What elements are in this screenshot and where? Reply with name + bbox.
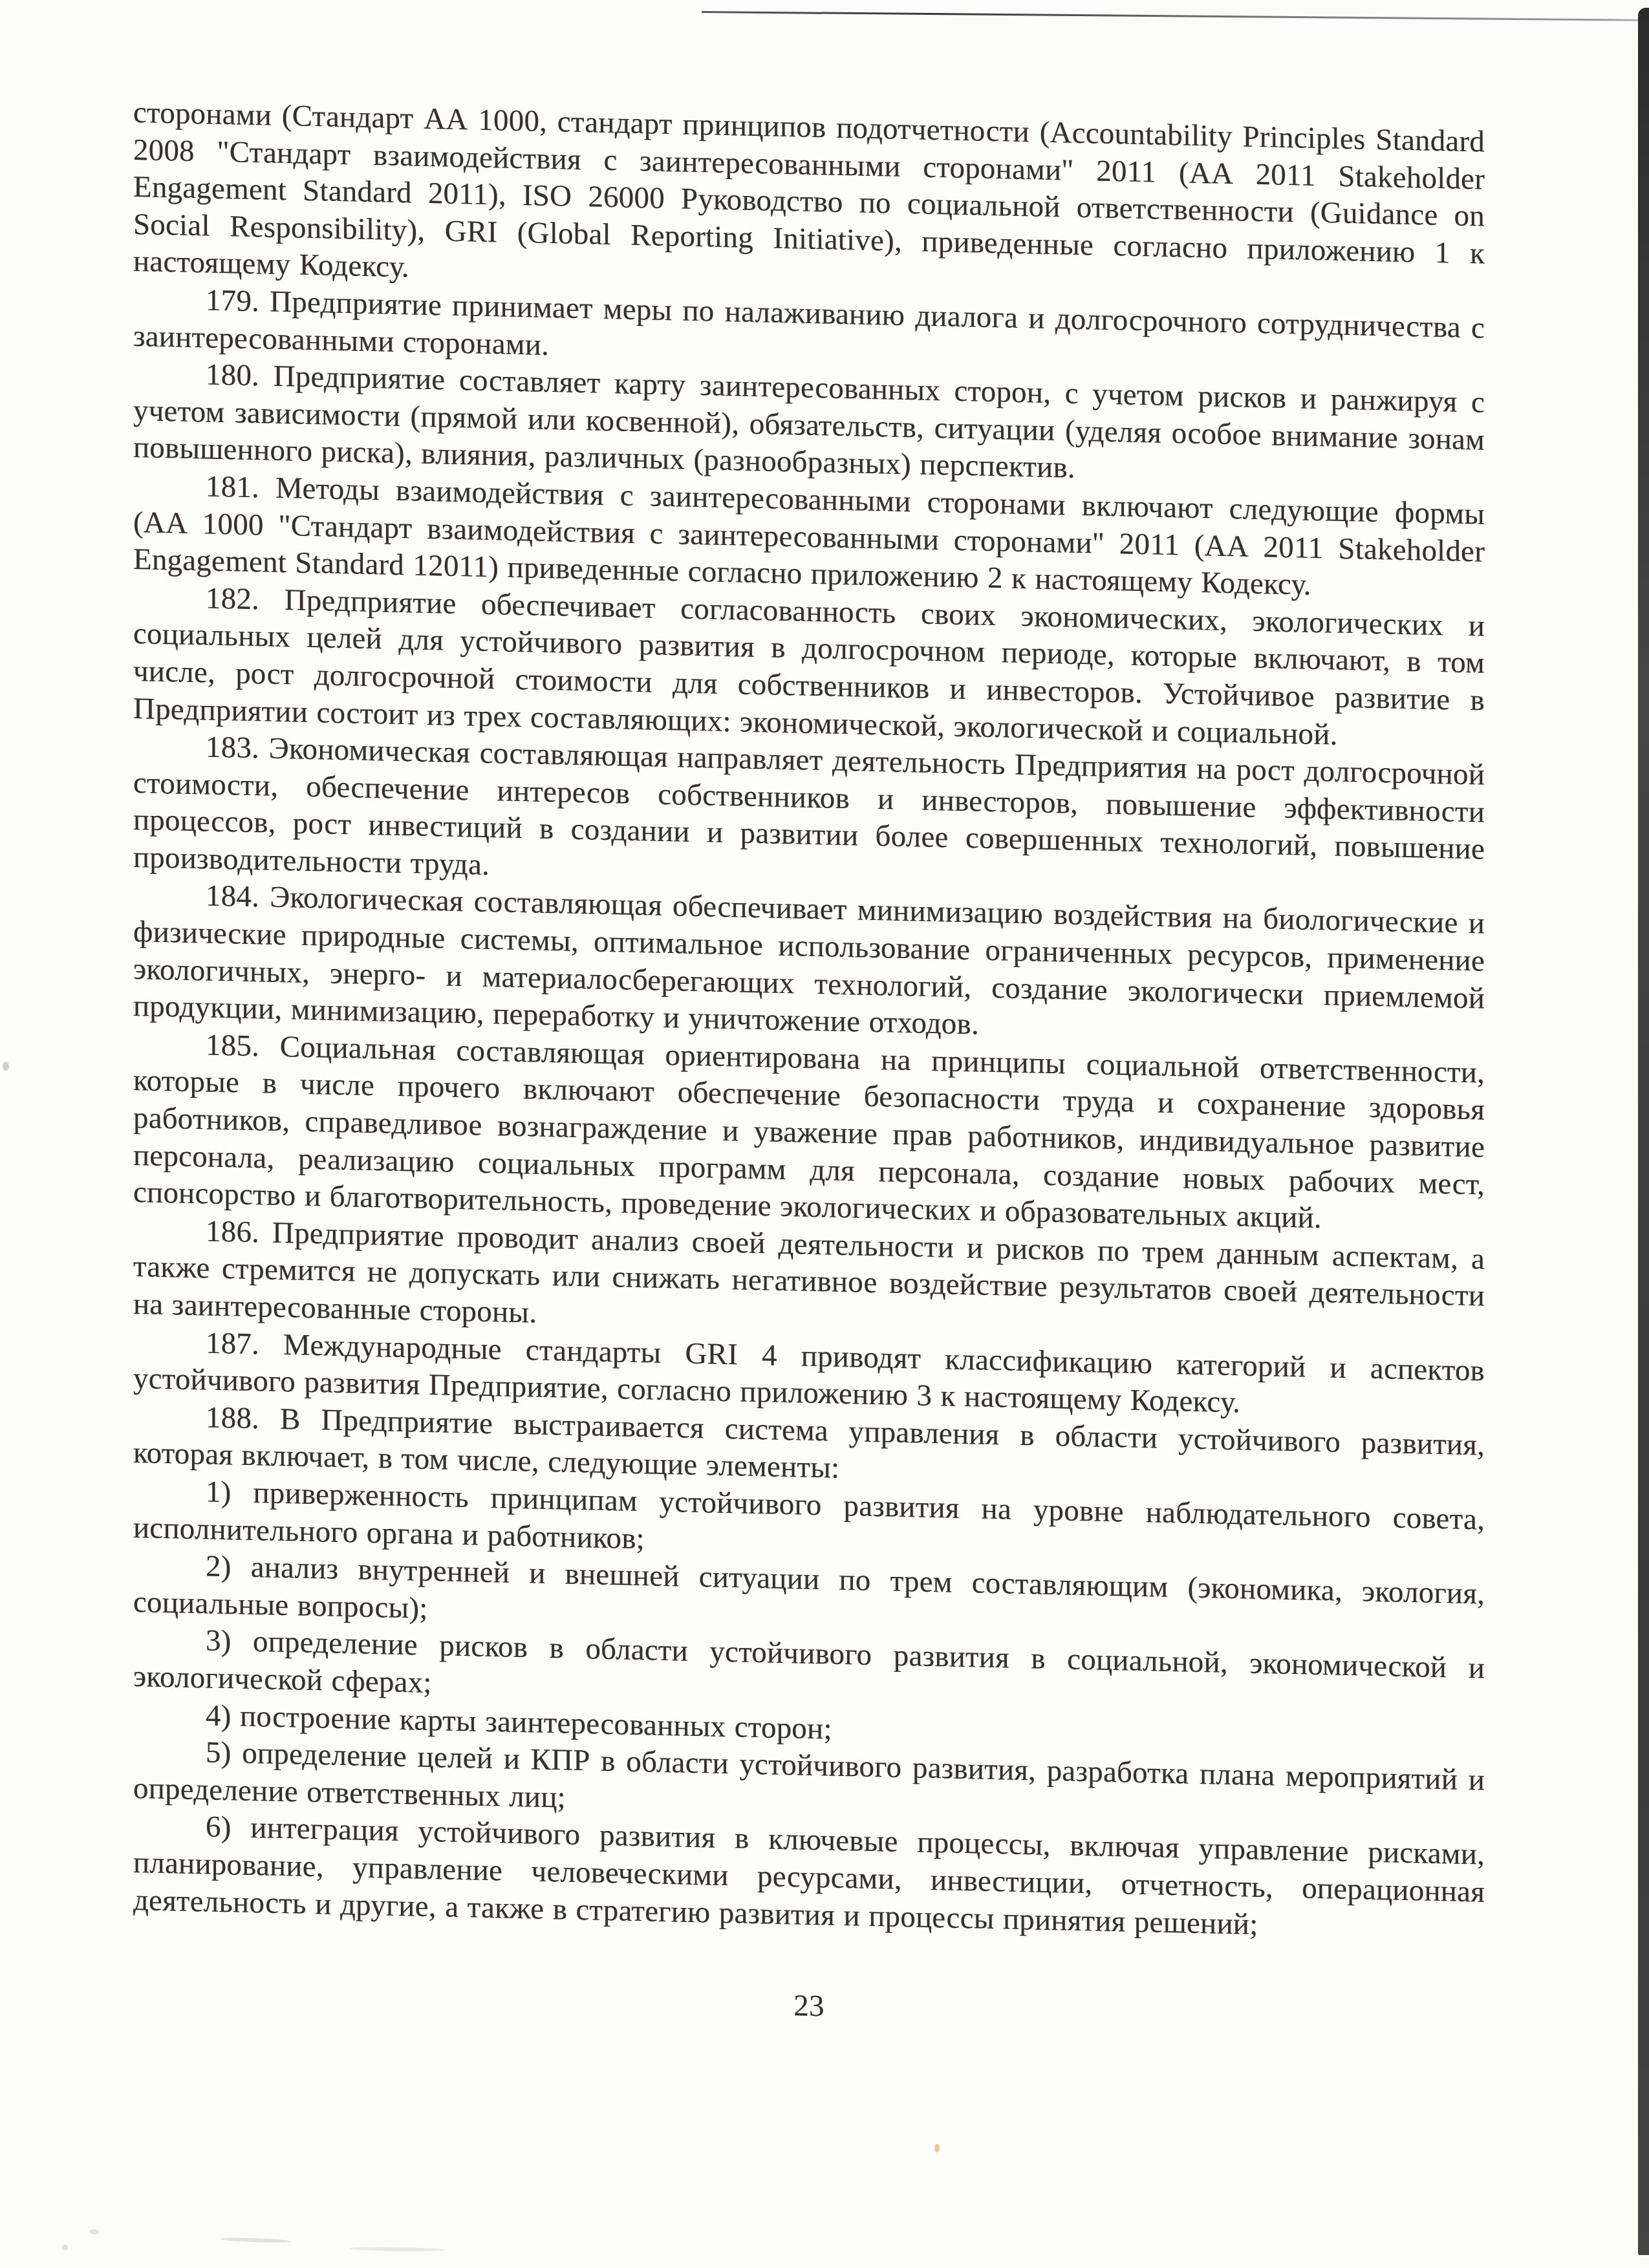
scan-speckle — [62, 2245, 68, 2251]
document-text-block: сторонами (Стандарт АА 1000, стандарт пр… — [133, 94, 1485, 2040]
scan-speckle — [349, 2247, 446, 2252]
paragraph-182: 182. Предприятие обеспечивает согласован… — [133, 579, 1485, 757]
paragraph-185: 185. Социальная составляющая ориентирова… — [133, 1025, 1485, 1241]
scan-artifact-right-edge-band — [1638, 8, 1649, 2255]
scanned-page: сторонами (Стандарт АА 1000, стандарт пр… — [0, 0, 1649, 2268]
page-number: 23 — [133, 1973, 1485, 2040]
paragraph-184: 184. Экологическая составляющая обеспечи… — [133, 876, 1485, 1054]
scan-speckle — [3, 1062, 9, 1071]
scan-speckle — [220, 2237, 291, 2243]
paragraph-183: 183. Экономическая составляющая направля… — [133, 727, 1485, 906]
scan-speckle — [89, 2229, 100, 2234]
scan-artifact-top-line — [702, 11, 1649, 21]
paragraph-continuation: сторонами (Стандарт АА 1000, стандарт пр… — [133, 94, 1485, 310]
scan-speckle — [934, 2144, 940, 2152]
